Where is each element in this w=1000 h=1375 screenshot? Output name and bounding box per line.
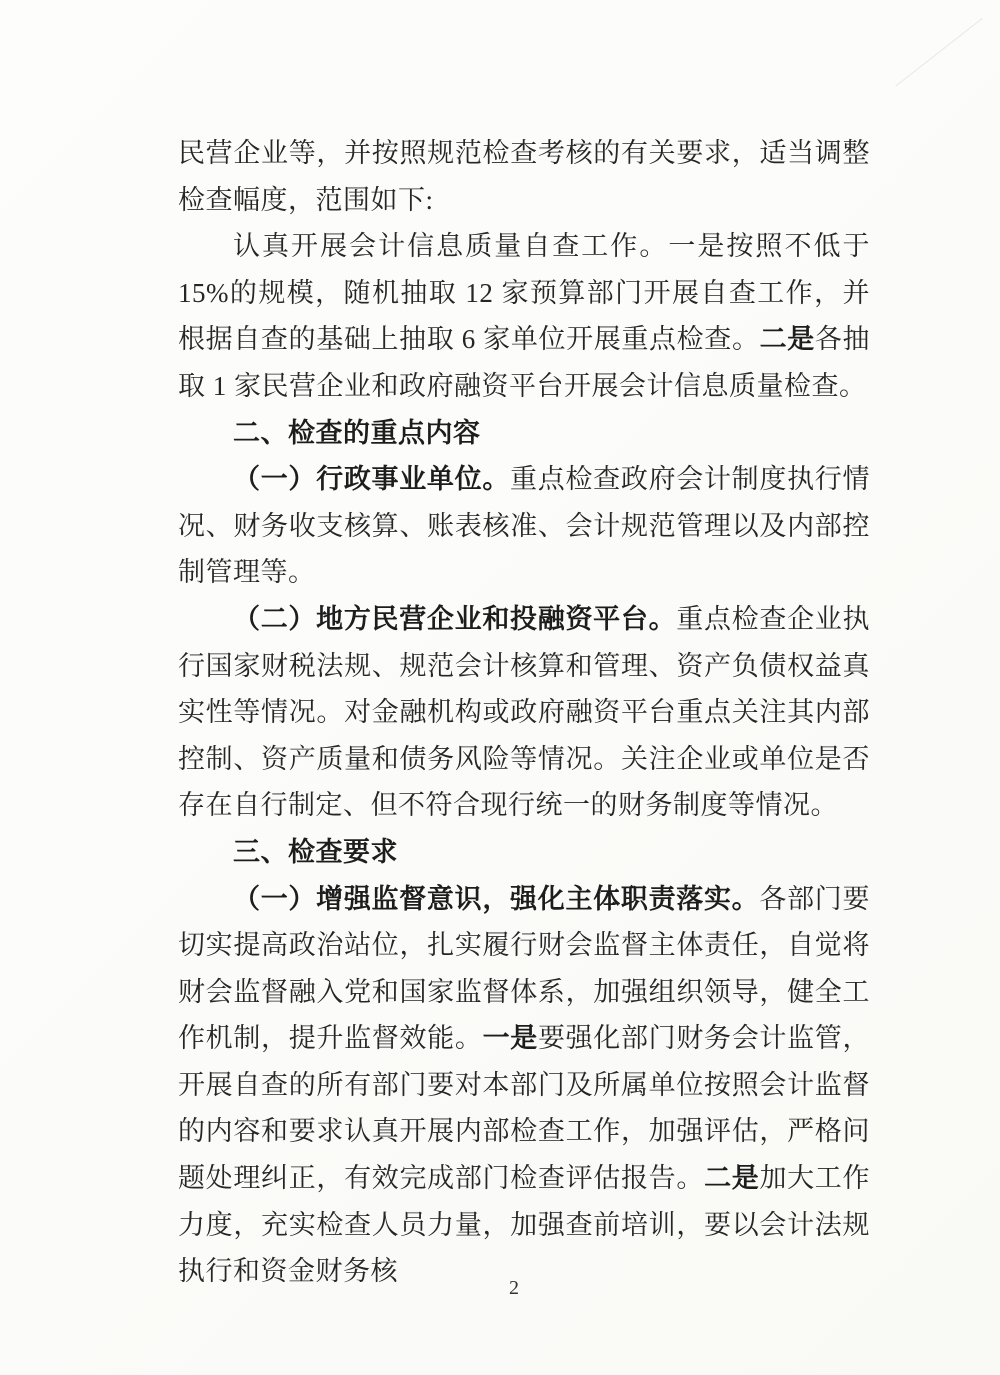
document-body: 民营企业等，并按照规范检查考核的有关要求，适当调整检查幅度，范围如下:认真开展会… [178, 130, 870, 1295]
page-footer: 2 [0, 1277, 1000, 1300]
document-page: 民营企业等，并按照规范检查考核的有关要求，适当调整检查幅度，范围如下:认真开展会… [0, 0, 1000, 1375]
text-run: 重点检查企业执行国家财税法规、规范会计核算和管理、资产负债权益真实性等情况。对金… [178, 604, 870, 820]
text-run-bold: 二、检查的重点内容 [233, 418, 481, 448]
paragraph: 认真开展会计信息质量自查工作。一是按照不低于 15%的规模，随机抽取 12 家预… [178, 223, 870, 409]
text-run: 民营企业等，并按照规范检查考核的有关要求，适当调整检查幅度，范围如下: [178, 138, 870, 215]
text-run-bold: 三、检查要求 [233, 837, 398, 867]
paragraph: 民营企业等，并按照规范检查考核的有关要求，适当调整检查幅度，范围如下: [178, 130, 870, 223]
text-run-bold: 二是 [760, 324, 815, 354]
page-number: 2 [509, 1277, 519, 1300]
section-heading: 二、检查的重点内容 [178, 410, 870, 457]
paragraph: （二）地方民营企业和投融资平台。重点检查企业执行国家财税法规、规范会计核算和管理… [178, 596, 870, 829]
text-run-bold: 一是 [483, 1023, 538, 1053]
text-run-bold: （一）行政事业单位。 [233, 464, 510, 494]
scan-artifact-line [895, 18, 982, 87]
section-heading: 三、检查要求 [178, 829, 870, 876]
paragraph: （一）行政事业单位。重点检查政府会计制度执行情况、财务收支核算、账表核准、会计规… [178, 456, 870, 596]
paragraph: （一）增强监督意识，强化主体职责落实。各部门要切实提高政治站位，扎实履行财会监督… [178, 876, 870, 1295]
text-run-bold: （一）增强监督意识，强化主体职责落实。 [233, 884, 759, 914]
text-run-bold: 二是 [704, 1163, 759, 1193]
text-run-bold: （二）地方民营企业和投融资平台。 [233, 604, 676, 634]
